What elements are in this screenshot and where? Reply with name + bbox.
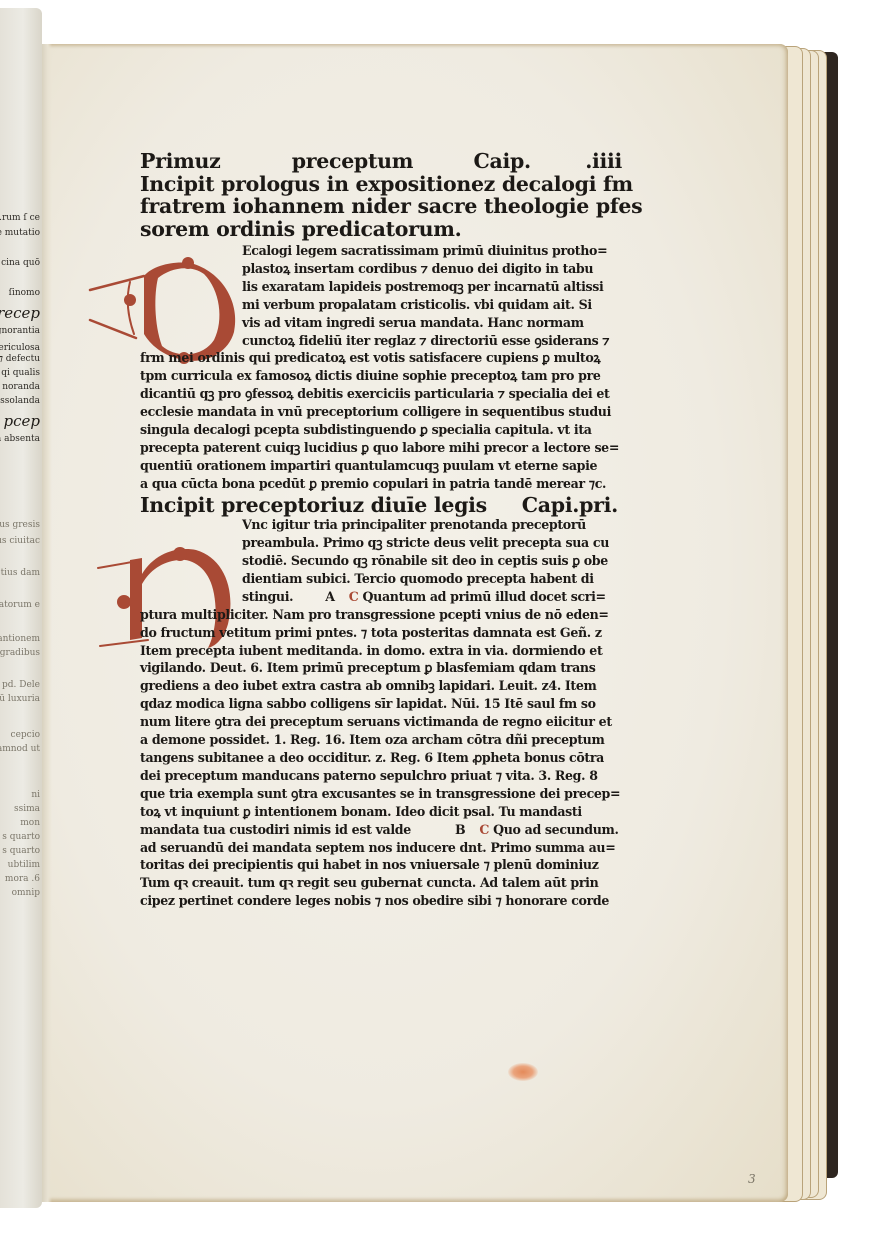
text-line: do fructum vetitum primi pntes. ⁊ tota p… <box>140 624 632 642</box>
text-line: toꝝ vt inquiunt ꝑ intentionem bonam. Ide… <box>140 803 632 821</box>
verso-text-fragment: ussolanda <box>0 396 40 406</box>
verso-text-fragment: ſinomo <box>0 288 40 298</box>
text-line: cipez pertinet condere leges nobis ⁊ nos… <box>140 892 632 910</box>
prologue-paragraph: Ecalogi legem sacratissimam primū diuini… <box>140 242 632 493</box>
verso-text-fragment: rum ſ ce. <box>0 213 40 223</box>
text-line: Item precepta iubent meditanda. in domo.… <box>140 642 632 660</box>
verso-text-fragment: s quarto <box>0 846 40 856</box>
chapter-heading-text: Incipit preceptoriuz diuīe legis <box>140 494 487 517</box>
text-line: ecclesie mandata in vnū preceptorium col… <box>140 403 632 421</box>
running-head: Primuz preceptum Caip. .iiii <box>140 150 622 173</box>
text-line: precepta paterent cuiqꝫ lucidius ꝑ quo l… <box>140 439 632 457</box>
folio-number: .iiii <box>585 150 622 173</box>
book-photograph: rum ſ ce. n de mutatio atis o cina quō ſ… <box>0 0 880 1260</box>
guide-letter: A <box>325 589 334 604</box>
text-line: num litere ꝯtra dei preceptum seruans vi… <box>140 713 632 731</box>
verso-text-fragment: e ignorantia <box>0 326 40 336</box>
text-line: plastoꝝ insertam cordibus ⁊ denuo dei di… <box>140 260 632 278</box>
text-line: dicantiū qꝫ pro ꝯfessoꝝ debitis exercici… <box>140 385 632 403</box>
text-line: stingui. A C Quantum ad primū illud doce… <box>140 588 632 606</box>
chapter-number: Capi.pri. <box>522 494 618 517</box>
printed-text-block: Primuz preceptum Caip. .iiii Incipit pro… <box>140 150 632 910</box>
verso-text-fragment: omnip <box>0 888 40 898</box>
text-line: Vnc igitur tria principaliter prenotanda… <box>140 516 632 534</box>
verso-text-fragment: ata absenta <box>0 434 40 444</box>
text-line: frm mei ordinis qui predicatoꝝ est votis… <box>140 349 632 367</box>
verso-text-fragment: rantionem <box>0 634 40 644</box>
verso-text-fragment: e ipa ⁊ defectu <box>0 354 40 364</box>
chapter-one-paragraph: Vnc igitur tria principaliter prenotanda… <box>140 516 632 910</box>
verso-text-fragment: m precep. <box>0 304 40 322</box>
text-line: stodiē. Secundo qꝫ rōnabile sit deo in c… <box>140 552 632 570</box>
text-line: quentiū orationem impartiri quantulamcuq… <box>140 457 632 475</box>
verso-text-fragment: ꝫ periculosa <box>0 340 40 353</box>
verso-text-fragment: tia qi qualis <box>0 368 40 378</box>
verso-text-fragment: atis o cina quō <box>0 258 40 268</box>
title-line: Incipit prologus in expositionez decalog… <box>140 173 632 196</box>
text-line: lis exaratam lapideis postremoqꝫ per inc… <box>140 278 632 296</box>
verso-text-fragment: gradibus <box>0 648 40 658</box>
text-line: vigilando. Deut. 6. Item primū preceptum… <box>140 659 632 677</box>
paragraph-mark: C <box>479 822 489 837</box>
verso-text-fragment: noranda <box>0 382 40 392</box>
text-line: toritas dei precipientis qui habet in no… <box>140 856 632 874</box>
text-segment: Quantum ad primū illud docet scri= <box>363 589 606 604</box>
verso-page: rum ſ ce. n de mutatio atis o cina quō ſ… <box>0 8 42 1208</box>
text-line: qdaz modica ligna sabbo colligens sīr la… <box>140 695 632 713</box>
verso-text-fragment: ius ciuitac <box>0 536 40 546</box>
text-segment: mandata tua custodiri nimis id est valde <box>140 822 411 837</box>
verso-text-fragment: tius dam <box>0 568 40 578</box>
text-line: tangens subitanee a deo occiditur. z. Re… <box>140 749 632 767</box>
text-line: dei preceptum manducans paterno sepulchr… <box>140 767 632 785</box>
running-head-title: preceptum <box>292 150 462 173</box>
verso-text-fragment: ū luxuria <box>0 694 40 704</box>
guide-letter: B <box>455 822 465 837</box>
text-line: tpm curricula ex famosoꝝ dictis diuine s… <box>140 367 632 385</box>
text-line: vis ad vitam ingredi serua mandata. Hanc… <box>140 314 632 332</box>
text-line: mi verbum propalatam cristicolis. vbi qu… <box>140 296 632 314</box>
verso-text-fragment: cepcio <box>0 730 40 740</box>
verso-text-fragment: mon <box>0 818 40 828</box>
text-line: ad seruandū dei mandata septem nos induc… <box>140 839 632 857</box>
running-head-book: Primuz <box>140 150 280 173</box>
verso-text-fragment: mora .6 <box>0 874 40 884</box>
text-line: ptura multipliciter. Nam pro transgressi… <box>140 606 632 624</box>
chapter-heading: Incipit preceptoriuz diuīe legis Capi.pr… <box>140 494 618 517</box>
text-line: mandata tua custodiri nimis id est valde… <box>140 821 632 839</box>
title-line: fratrem iohannem nider sacre theologie p… <box>140 195 632 218</box>
verso-text-fragment: ni <box>0 790 40 800</box>
text-line: dientiam subici. Tercio quomodo precepta… <box>140 570 632 588</box>
text-line: que tria exempla sunt ꝯtra excusantes se… <box>140 785 632 803</box>
text-line: cunctoꝝ fideliū iter reglaz ⁊ directoriū… <box>140 332 632 350</box>
title-line: sorem ordinis predicatorum. <box>140 218 632 241</box>
text-line: preambula. Primo qꝫ stricte deus velit p… <box>140 534 632 552</box>
verso-text-fragment: m pcep <box>0 412 40 430</box>
verso-text-fragment: latorum e <box>0 600 40 610</box>
foliation-mark: 3 <box>748 1172 756 1186</box>
verso-text-fragment: s quarto <box>0 832 40 842</box>
verso-text-fragment: amnod ut <box>0 744 40 754</box>
text-segment: Quo ad secundum. <box>493 822 618 837</box>
red-ink-stain <box>508 1063 538 1081</box>
verso-text-fragment: ubtilim <box>0 860 40 870</box>
text-line: grediens a deo iubet extra castra ab omn… <box>140 677 632 695</box>
verso-text-fragment: n de mutatio <box>0 228 40 238</box>
text-segment: stingui. <box>242 589 293 604</box>
text-line: Tum qꝛ creauit. tum qꝛ regit seu guberna… <box>140 874 632 892</box>
running-head-chapter: Caip. <box>473 150 573 173</box>
verso-text-fragment: ssima <box>0 804 40 814</box>
verso-text-fragment: pd. Dele <box>0 680 40 690</box>
text-line: a demone possidet. 1. Reg. 16. Item oza … <box>140 731 632 749</box>
text-line: a qua cūcta bona pcedūt ꝑ premio copular… <box>140 475 632 493</box>
text-line: singula decalogi pcepta subdistinguendo … <box>140 421 632 439</box>
verso-text-fragment: ius gresis <box>0 520 40 530</box>
paragraph-mark: C <box>349 589 359 604</box>
text-line: Ecalogi legem sacratissimam primū diuini… <box>140 242 632 260</box>
